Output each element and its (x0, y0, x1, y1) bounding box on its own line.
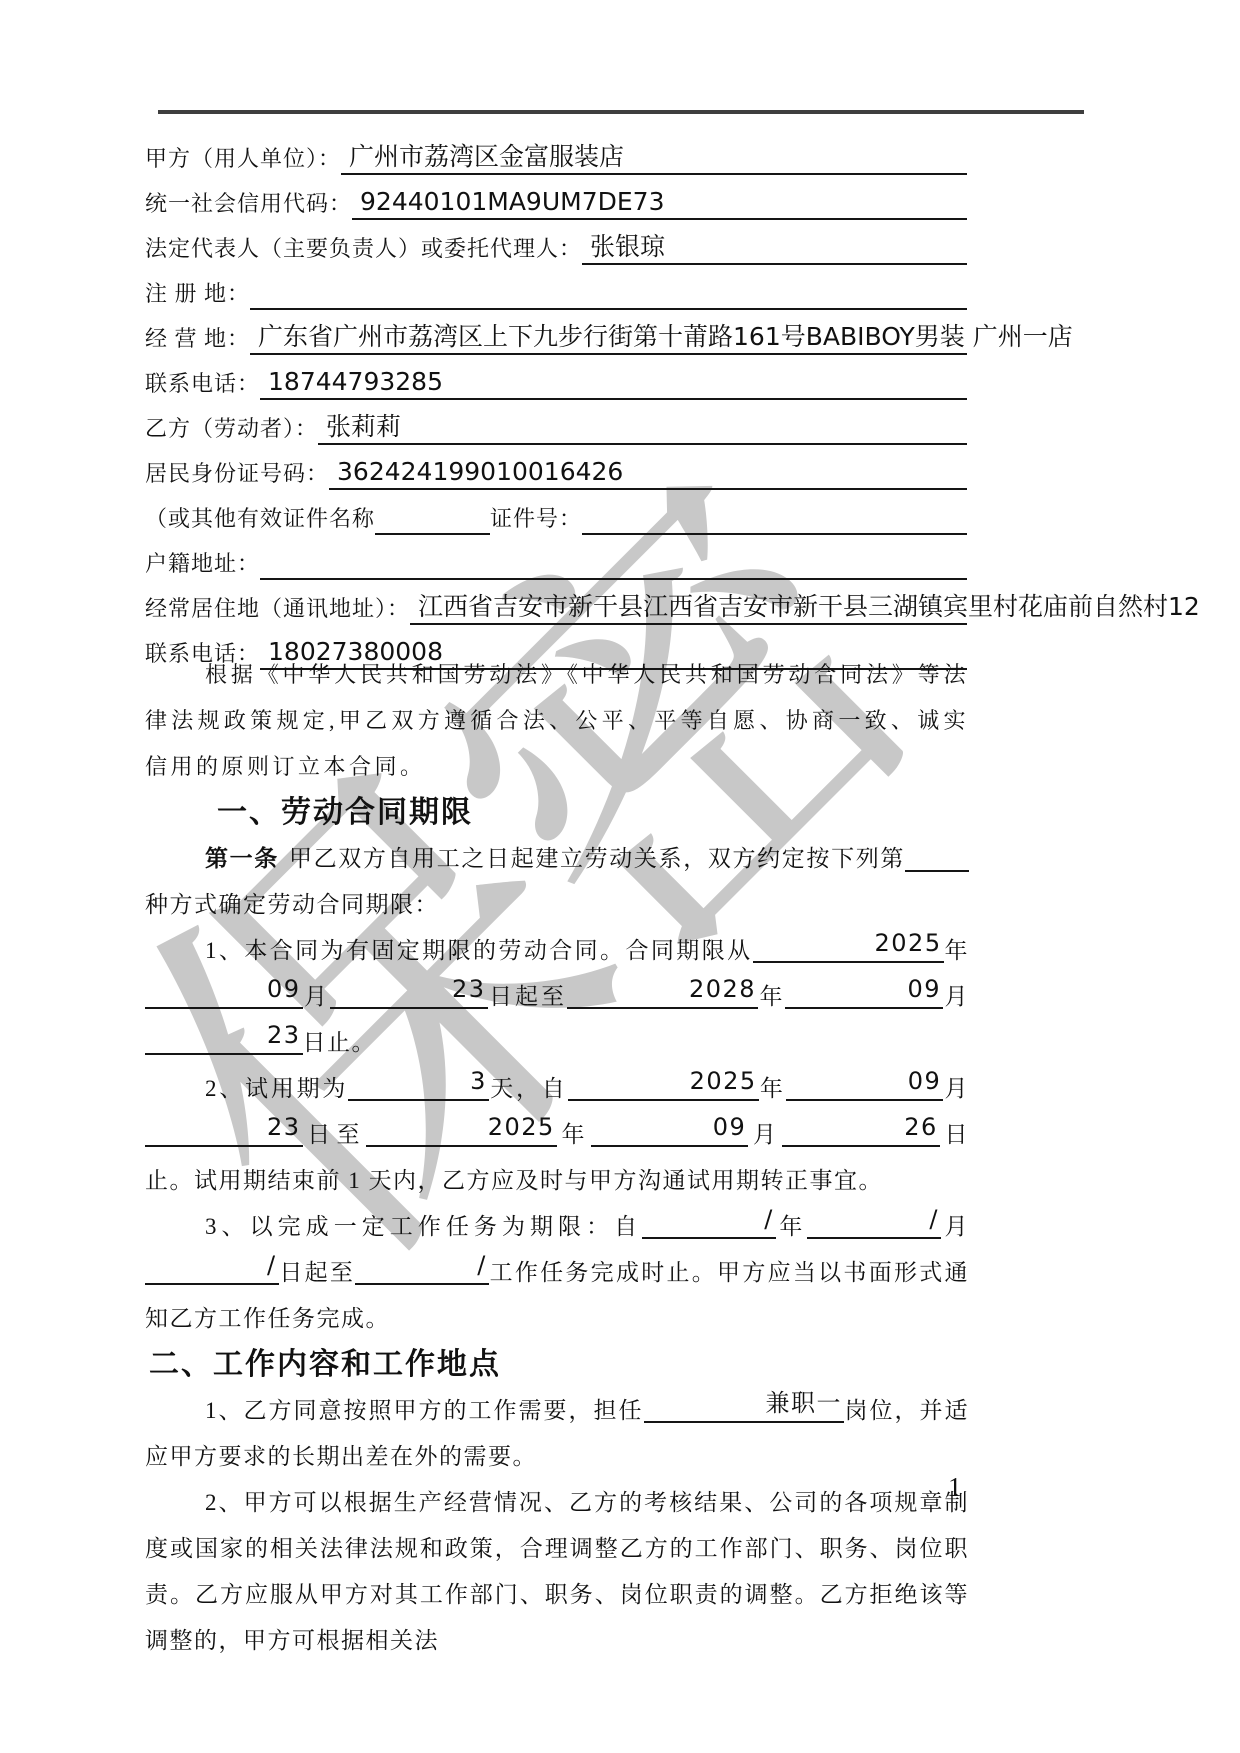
residence-address-row: 经常居住地（通讯地址）：江西省吉安市新干县江西省吉安市新干县三湖镇宾里村花庙前自… (145, 580, 967, 625)
article1-text-before: 甲乙双方自用工之日起建立劳动关系，双方约定按下列第 (289, 846, 905, 871)
contract-start-year-blank: 2025 (753, 938, 944, 963)
party-a-phone-label: 联系电话： (145, 367, 260, 400)
party-a-phone-row: 联系电话：18744793285 (145, 355, 967, 400)
probation-end-month-blank-value: 09 (651, 1115, 749, 1139)
probation-start-day-blank-value: 23 (205, 1115, 303, 1139)
business-address-field-value: 广东省广州市荔湾区上下九步行街第十莆路161号BABIBOY男装 广州一店 (258, 324, 1073, 349)
task-term-lead: 3、以完成一定工作任务为期限：自 (205, 1214, 642, 1239)
cert-name-field (375, 533, 490, 535)
contract-body: 根据《中华人民共和国劳动法》《中华人民共和国劳动合同法》等法律法规政策规定,甲乙… (145, 652, 969, 1664)
contract-end-month-blank: 09 (785, 984, 943, 1009)
probation-start-month-blank: 09 (786, 1076, 944, 1101)
contract-end-day-blank: 23 (145, 1030, 303, 1055)
section1-heading-text: 一、劳动合同期限 (217, 795, 473, 830)
unit-year: 年 (776, 1214, 808, 1239)
household-address-label: 户籍地址： (145, 547, 260, 580)
party-a-name-field: 广州市荔湾区金富服装店 (341, 148, 967, 175)
legal-rep-row: 法定代表人（主要负责人）或委托代理人：张银琼 (145, 220, 967, 265)
task-month-blank-value: / (867, 1207, 941, 1231)
position-blank-value: 兼职一 (704, 1391, 845, 1415)
credit-code-field: 92440101MA9UM7DE73 (352, 193, 967, 220)
residence-address-field-value: 江西省吉安市新干县江西省吉安市新干县三湖镇宾里村花庙前自然村12 (418, 594, 1200, 619)
party-a-phone-field-value: 18744793285 (268, 369, 443, 394)
section1-heading: 一、劳动合同期限 (145, 790, 969, 836)
unit-day-end: 日止。 (303, 1030, 377, 1055)
probation-days-blank: 3 (348, 1076, 489, 1101)
id-number-label: 居民身份证号码： (145, 457, 329, 490)
unit-month: 月 (941, 1214, 969, 1239)
contract-start-month-blank: 09 (145, 984, 303, 1009)
probation-end-month-blank: 09 (591, 1122, 749, 1147)
unit-month: 月 (943, 984, 969, 1009)
article1-text-after: 种方式确定劳动合同期限： (145, 892, 439, 917)
adjustment-clause: 2、甲方可以根据生产经营情况、乙方的考核结果、公司的各项规章制度或国家的相关法律… (145, 1480, 969, 1664)
party-b-name-row: 乙方（劳动者）：张莉莉 (145, 400, 967, 445)
legal-rep-field-value: 张银琼 (590, 234, 665, 259)
contract-start-day-blank-value: 23 (390, 977, 488, 1001)
contract-start-year-blank-value: 2025 (813, 931, 944, 955)
contract-end-month-blank-value: 09 (845, 977, 943, 1001)
section2-heading-text: 二、工作内容和工作地点 (149, 1347, 501, 1382)
residence-address-label: 经常居住地（通讯地址）： (145, 592, 410, 625)
unit-month: 月 (303, 984, 330, 1009)
legal-rep-field: 张银琼 (582, 238, 967, 265)
article1-number: 第一条 (205, 846, 279, 872)
household-address-field (260, 578, 967, 580)
method-number-blank (905, 847, 969, 872)
task-term-clause: 3、以完成一定工作任务为期限：自/年/月/日起至/工作任务完成时止。甲方应当以书… (145, 1204, 969, 1342)
position-blank: 兼职一 (644, 1398, 845, 1423)
business-address-field: 广东省广州市荔湾区上下九步行街第十莆路161号BABIBOY男装 广州一店 (250, 328, 967, 355)
task-year-blank: / (642, 1214, 776, 1239)
party-a-name-field-value: 广州市荔湾区金富服装店 (349, 144, 624, 169)
contract-end-day-blank-value: 23 (205, 1023, 303, 1047)
business-address-row: 经 营 地：广东省广州市荔湾区上下九步行街第十莆路161号BABIBOY男装 广… (145, 310, 967, 355)
probation-start-year-blank-value: 2025 (628, 1069, 759, 1093)
credit-code-row: 统一社会信用代码：92440101MA9UM7DE73 (145, 175, 967, 220)
fixed-term-lead: 1、本合同为有固定期限的劳动合同。合同期限从 (205, 938, 753, 963)
job-position-lead: 1、乙方同意按照甲方的工作需要，担任 (205, 1398, 644, 1423)
contract-start-month-blank-value: 09 (205, 977, 303, 1001)
contract-end-year-blank: 2028 (567, 984, 758, 1009)
task-year-blank-value: / (702, 1207, 776, 1231)
party-a-name-row: 甲方（用人单位）：广州市荔湾区金富服装店 (145, 130, 967, 175)
probation-start-year-blank: 2025 (568, 1076, 759, 1101)
probation-days-blank-value: 3 (408, 1069, 489, 1093)
task-day-blank-value: / (205, 1253, 279, 1277)
unit-day-until: 日至 (303, 1122, 366, 1147)
credit-code-label: 统一社会信用代码： (145, 187, 352, 220)
legal-rep-label: 法定代表人（主要负责人）或委托代理人： (145, 232, 582, 265)
task-end-blank-value: / (415, 1253, 489, 1277)
task-day-blank: / (145, 1260, 279, 1285)
unit-year: 年 (759, 1076, 786, 1101)
fixed-term-clause: 1、本合同为有固定期限的劳动合同。合同期限从2025年09月23日起至2028年… (145, 928, 969, 1066)
probation-clause: 2、试用期为3天，自2025年09月23日至2025年09月26日止。试用期结束… (145, 1066, 969, 1204)
unit-day-to: 日起至 (488, 984, 567, 1009)
registered-address-label: 注 册 地： (145, 277, 250, 310)
contract-end-year-blank-value: 2028 (627, 977, 758, 1001)
contract-page: 保密 甲方（用人单位）：广州市荔湾区金富服装店统一社会信用代码：92440101… (0, 0, 1240, 1753)
cert-name-label: （或其他有效证件名称 (145, 502, 375, 535)
page-number: 1 (948, 1472, 962, 1503)
adjustment-text: 2、甲方可以根据生产经营情况、乙方的考核结果、公司的各项规章制度或国家的相关法律… (145, 1490, 969, 1653)
party-a-label: 甲方（用人单位）： (145, 142, 341, 175)
probation-start-month-blank-value: 09 (846, 1069, 944, 1093)
cert-number-field (582, 533, 967, 535)
business-address-label: 经 营 地： (145, 322, 250, 355)
section2-heading: 二、工作内容和工作地点 (145, 1342, 969, 1388)
cert-number-label: 证件号： (490, 502, 582, 535)
unit-year: 年 (557, 1122, 591, 1147)
task-end-blank: / (355, 1260, 489, 1285)
registered-address-row: 注 册 地： (145, 265, 967, 310)
probation-end-day-blank-value: 26 (842, 1115, 940, 1139)
article1-paragraph: 第一条甲乙双方自用工之日起建立劳动关系，双方约定按下列第种方式确定劳动合同期限： (145, 836, 969, 928)
preamble-text: 根据《中华人民共和国劳动法》《中华人民共和国劳动合同法》等法律法规政策规定,甲乙… (145, 662, 969, 779)
party-b-name-field: 张莉莉 (318, 418, 967, 445)
preamble-paragraph: 根据《中华人民共和国劳动法》《中华人民共和国劳动合同法》等法律法规政策规定,甲乙… (145, 652, 969, 790)
unit-month: 月 (748, 1122, 782, 1147)
party-a-phone-field: 18744793285 (260, 373, 967, 400)
registered-address-field (250, 308, 967, 310)
id-number-field: 362424199010016426 (329, 463, 967, 490)
unit-days-from: 天，自 (489, 1076, 568, 1101)
probation-end-day-blank: 26 (782, 1122, 940, 1147)
party-b-label: 乙方（劳动者）： (145, 412, 318, 445)
contract-start-day-blank: 23 (330, 984, 488, 1009)
residence-address-field: 江西省吉安市新干县江西省吉安市新干县三湖镇宾里村花庙前自然村12 (410, 598, 967, 625)
unit-year: 年 (944, 938, 969, 963)
unit-month: 月 (943, 1076, 969, 1101)
probation-end-year-blank: 2025 (366, 1122, 557, 1147)
unit-day-to: 日起至 (279, 1260, 356, 1285)
probation-start-day-blank: 23 (145, 1122, 303, 1147)
id-number-field-value: 362424199010016426 (337, 459, 623, 484)
id-number-row: 居民身份证号码：362424199010016426 (145, 445, 967, 490)
probation-lead: 2、试用期为 (205, 1076, 348, 1101)
household-address-row: 户籍地址： (145, 535, 967, 580)
probation-end-year-blank-value: 2025 (426, 1115, 557, 1139)
parties-info-form: 甲方（用人单位）：广州市荔湾区金富服装店统一社会信用代码：92440101MA9… (145, 130, 967, 670)
header-rule (158, 110, 1084, 114)
party-b-name-field-value: 张莉莉 (326, 414, 401, 439)
unit-year: 年 (758, 984, 785, 1009)
job-position-clause: 1、乙方同意按照甲方的工作需要，担任兼职一岗位，并适应甲方要求的长期出差在外的需… (145, 1388, 969, 1480)
task-month-blank: / (807, 1214, 941, 1239)
other-cert-row: （或其他有效证件名称证件号： (145, 490, 967, 535)
credit-code-field-value: 92440101MA9UM7DE73 (360, 189, 664, 214)
